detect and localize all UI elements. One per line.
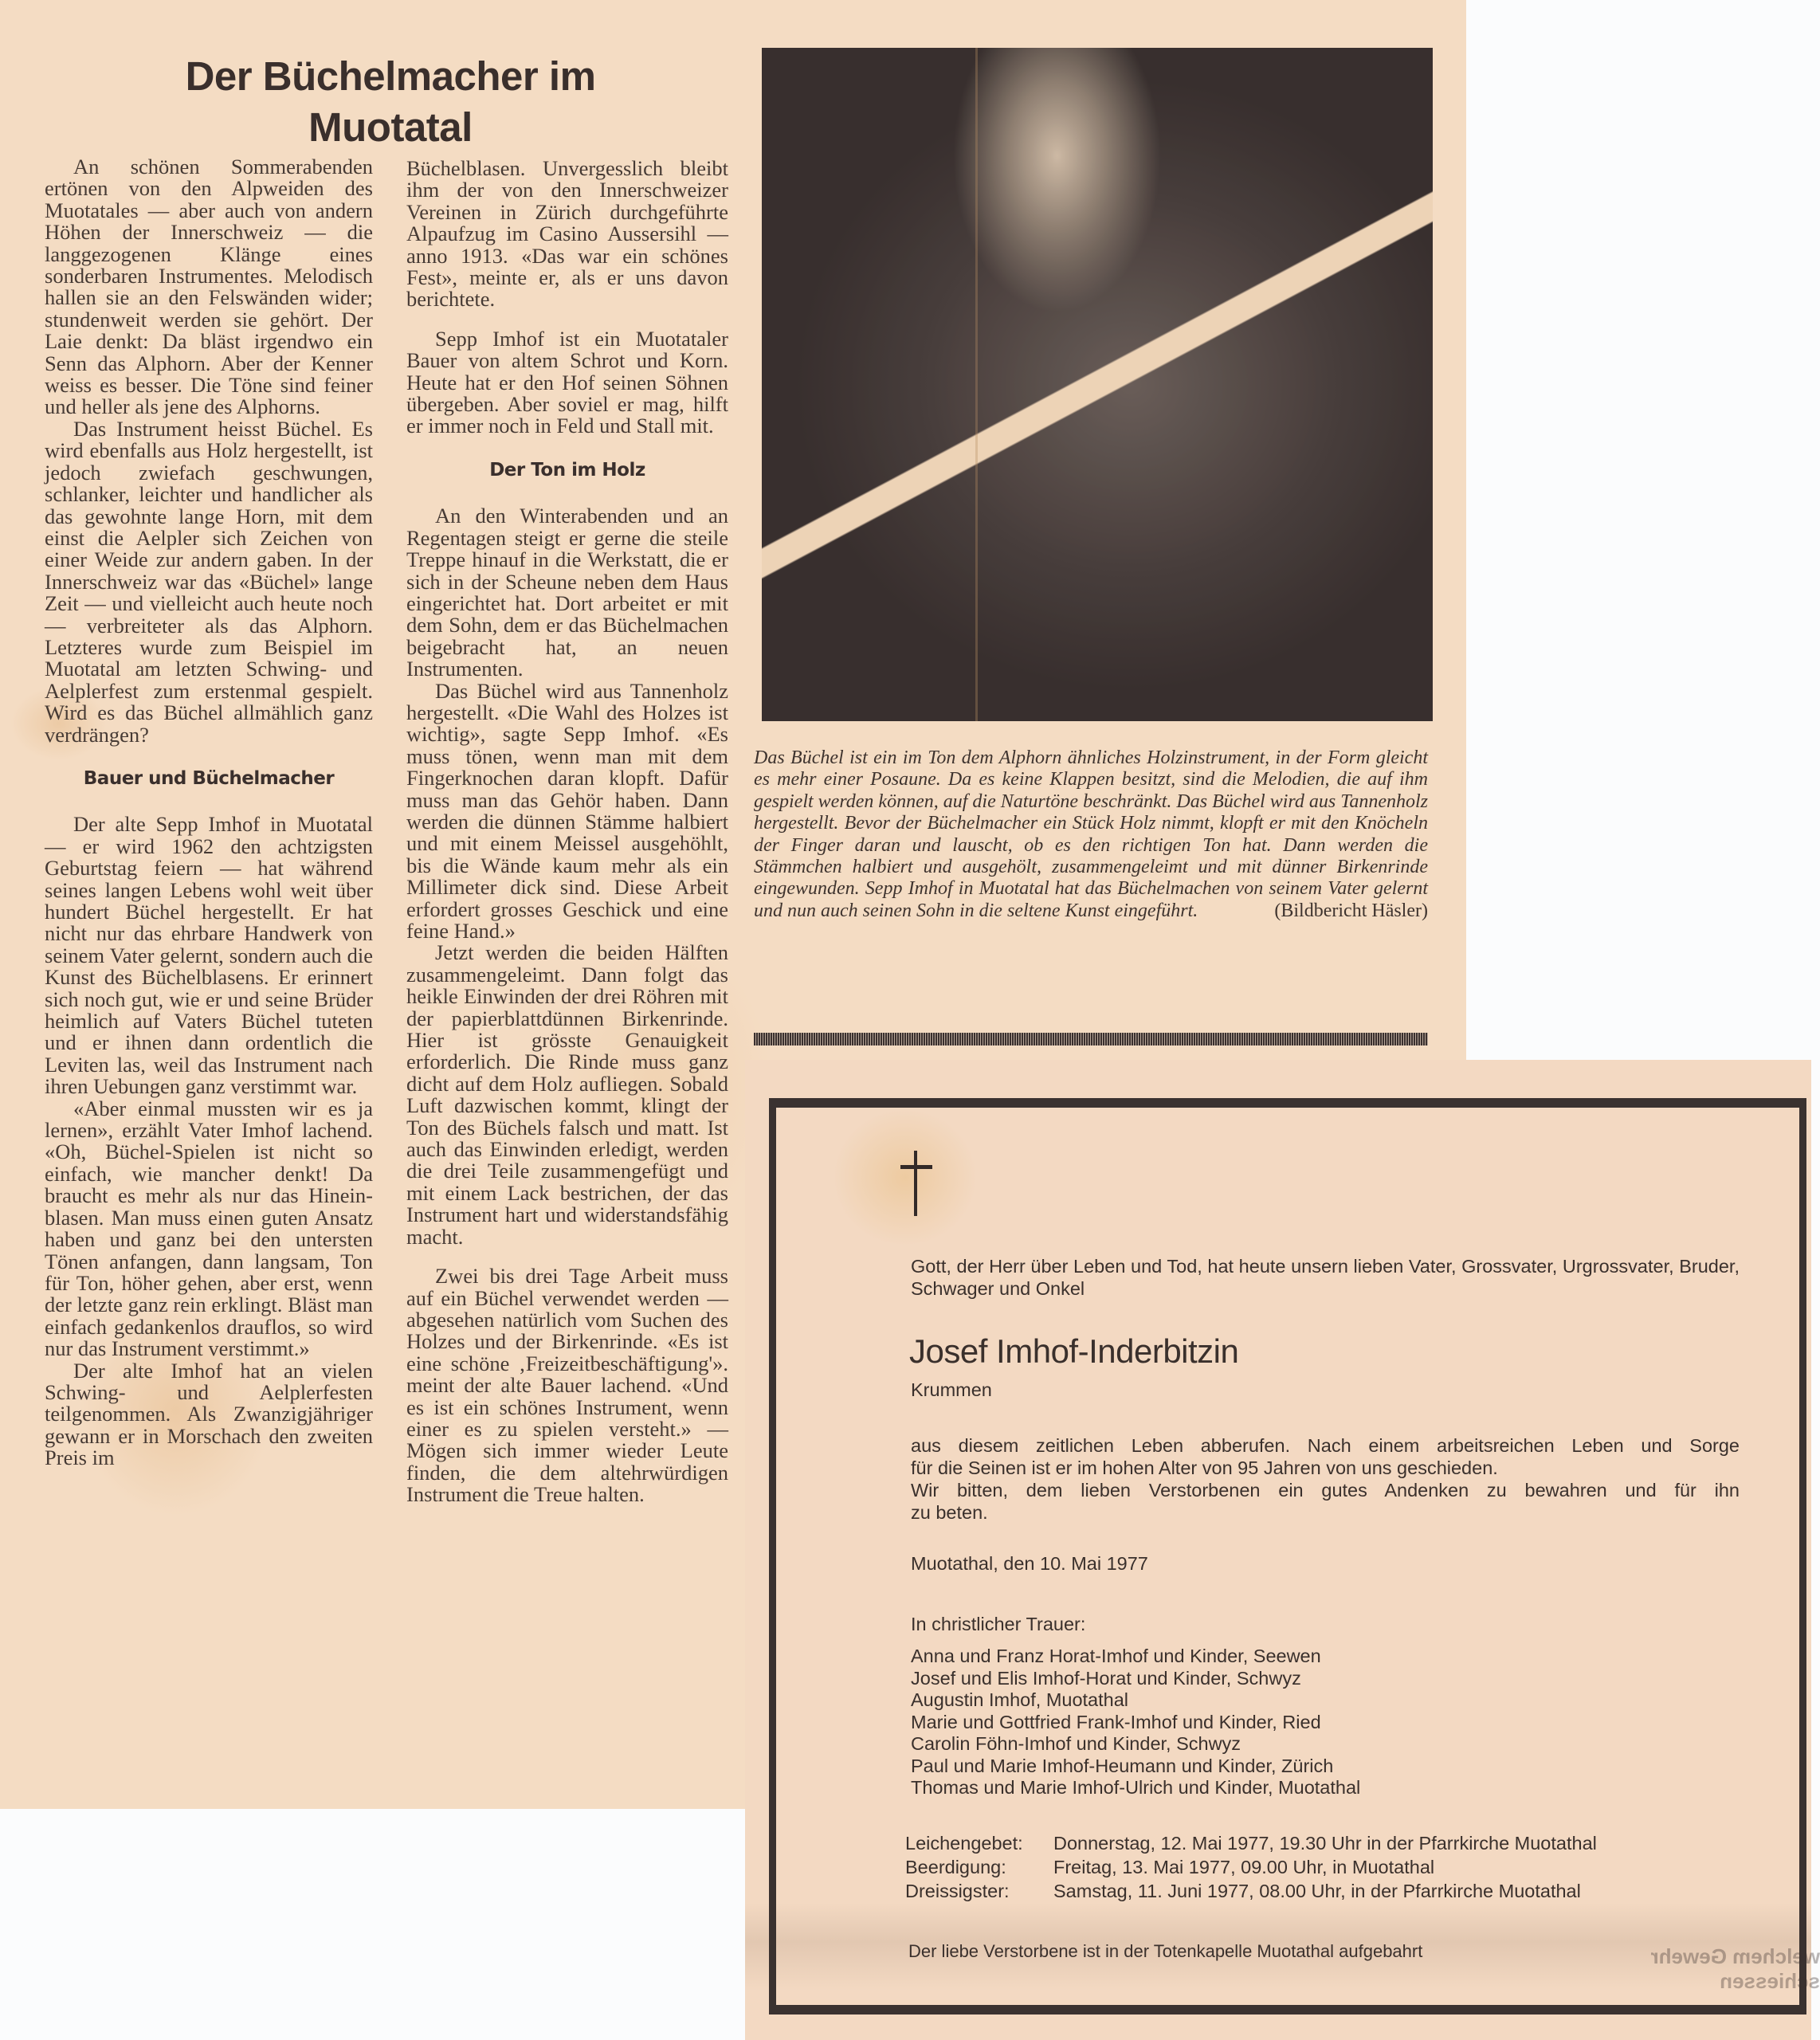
section-subhead: Der Ton im Holz: [406, 460, 728, 481]
obituary-body: aus diesem zeitlichen Leben abberufen. N…: [911, 1434, 1740, 1524]
cross-icon: [900, 1151, 932, 1216]
schedule-value: Donnerstag, 12. Mai 1977, 19.30 Uhr in d…: [1053, 1831, 1597, 1855]
paragraph: Der alte Sepp Imhof in Muotatal — er wir…: [45, 814, 373, 1097]
schedule-label: Dreissigster:: [905, 1879, 1053, 1903]
bleed-through-text: welchem Gewehr schiessen: [1550, 1944, 1820, 1994]
article-column-1: An schönen Sommerabenden ertönen von den…: [45, 156, 373, 1469]
body-line: für die Seinen ist er im hohen Alter von…: [911, 1457, 1740, 1479]
paragraph: An den Winterabenden und an Regentagen s…: [406, 505, 728, 680]
mourner: Marie und Gottfried Frank-Imhof und Kind…: [911, 1712, 1360, 1734]
deceased-name: Josef Imhof-Inderbitzin: [909, 1331, 1238, 1372]
article-photo: [762, 48, 1433, 721]
obituary-final-note: Der liebe Verstorbene ist in der Totenka…: [908, 1940, 1422, 1963]
headline-line-2: Muotatal: [96, 102, 685, 153]
obituary-date: Muotathal, den 10. Mai 1977: [911, 1552, 1148, 1575]
paragraph: Das Instrument heisst Bü­chel. Es wird e…: [45, 418, 373, 746]
mourners-list: Anna und Franz Horat-Imhof und Kinder, S…: [911, 1646, 1360, 1799]
body-line: zu beten.: [911, 1501, 1740, 1524]
schedule-row: Beerdigung: Freitag, 13. Mai 1977, 09.00…: [905, 1855, 1597, 1879]
deceased-place: Krummen: [911, 1379, 992, 1401]
mourner: Carolin Föhn-Imhof und Kinder, Schwyz: [911, 1733, 1360, 1756]
paragraph: An schönen Sommerabenden ertönen von den…: [45, 156, 373, 418]
mourner: Josef und Elis Imhof-Horat und Kinder, S…: [911, 1668, 1360, 1690]
separator-rule: [754, 1033, 1428, 1045]
schedule-row: Dreissigster: Samstag, 11. Juni 1977, 08…: [905, 1879, 1597, 1903]
photo-credit: (Bildbericht Häsler): [1274, 900, 1428, 922]
body-line: Wir bitten, dem lieben Verstorbenen ein …: [911, 1479, 1740, 1501]
mourner: Augustin Imhof, Muotathal: [911, 1689, 1360, 1712]
paragraph: «Aber einmal mussten wir es ja lernen», …: [45, 1098, 373, 1360]
mourner: Paul und Marie Imhof-Heumann und Kinder,…: [911, 1756, 1360, 1778]
paragraph: Jetzt werden die bei­den Hälften zusamme…: [406, 942, 728, 1248]
photo-caption: Das Büchel ist ein im Ton dem Alphorn äh…: [754, 747, 1428, 922]
paragraph: Der alte Imhof hat an vielen Schwing- un…: [45, 1360, 373, 1469]
schedule-label: Leichengebet:: [905, 1831, 1053, 1855]
section-subhead: Bauer und Büchelmacher: [45, 768, 373, 790]
schedule-value: Freitag, 13. Mai 1977, 09.00 Uhr, in Muo…: [1053, 1855, 1434, 1879]
schedule-value: Samstag, 11. Juni 1977, 08.00 Uhr, in de…: [1053, 1879, 1581, 1903]
body-line: aus diesem zeitlichen Leben abberufen. N…: [911, 1434, 1740, 1457]
funeral-schedule: Leichengebet: Donnerstag, 12. Mai 1977, …: [905, 1831, 1597, 1903]
headline-line-1: Der Büchelmacher im: [96, 51, 685, 102]
mourner: Thomas und Marie Imhof-Ulrich und Kinder…: [911, 1777, 1360, 1799]
schedule-row: Leichengebet: Donnerstag, 12. Mai 1977, …: [905, 1831, 1597, 1855]
caption-text: Das Büchel ist ein im Ton dem Alphorn äh…: [754, 747, 1428, 921]
schedule-label: Beerdigung:: [905, 1855, 1053, 1879]
article-column-2: Büchelblasen. Unvergesslich bleibt ihm d…: [406, 158, 728, 1506]
paragraph: Zwei bis drei Tage Arbeit muss auf ein B…: [406, 1265, 728, 1505]
mourning-title: In christlicher Trauer:: [911, 1613, 1085, 1635]
paragraph: Das Büchel wird aus Tan­nenholz hergeste…: [406, 681, 728, 943]
article-headline: Der Büchelmacher im Muotatal: [96, 51, 685, 153]
mourner: Anna und Franz Horat-Imhof und Kinder, S…: [911, 1646, 1360, 1668]
paper-crease: [975, 48, 978, 721]
obituary-intro: Gott, der Herr über Leben und Tod, hat h…: [911, 1255, 1740, 1300]
paragraph: Sepp Imhof ist ein Muota­taler Bauer von…: [406, 328, 728, 437]
paragraph: Büchelblasen. Unvergesslich bleibt ihm d…: [406, 158, 728, 311]
